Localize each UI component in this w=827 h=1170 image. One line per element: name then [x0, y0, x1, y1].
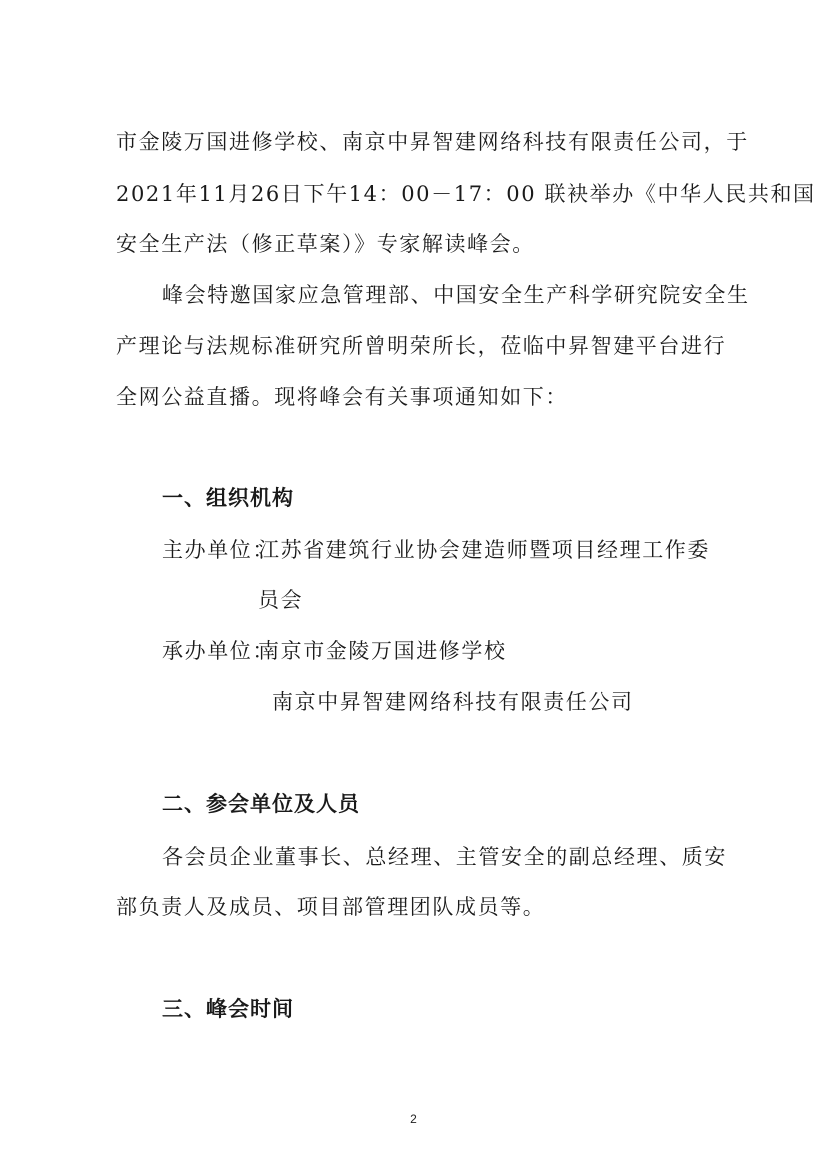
section-heading-time: 三、峰会时间: [162, 995, 294, 1023]
paragraph-line: 2021年11月26日下午14：00－17：00 联袂举办《中华人民共和国: [116, 180, 816, 208]
organizer-name-1: 南京市金陵万国进修学校: [258, 637, 507, 665]
section-heading-organization: 一、组织机构: [162, 484, 294, 512]
paragraph-line: 峰会特邀国家应急管理部、中国安全生产科学研究院安全生: [162, 281, 750, 309]
host-name-line2: 员会: [258, 586, 303, 614]
paragraph-line: 部负责人及成员、项目部管理团队成员等。: [116, 893, 545, 921]
paragraph-line: 产理论与法规标准研究所曾明荣所长，莅临中昇智建平台进行: [116, 332, 726, 360]
section-heading-participants: 二、参会单位及人员: [162, 790, 360, 818]
paragraph-line: 各会员企业董事长、总经理、主管安全的副总经理、质安: [162, 843, 727, 871]
paragraph-line: 市金陵万国进修学校、南京中昇智建网络科技有限责任公司，于: [116, 128, 749, 156]
organizer-name-2: 南京中昇智建网络科技有限责任公司: [272, 688, 634, 716]
paragraph-line: 全网公益直播。现将峰会有关事项通知如下：: [116, 383, 568, 411]
paragraph-line: 安全生产法（修正草案）》专家解读峰会。: [116, 230, 535, 258]
page-number: 2: [0, 1112, 827, 1126]
host-name-line1: 江苏省建筑行业协会建造师暨项目经理工作委: [258, 536, 710, 564]
